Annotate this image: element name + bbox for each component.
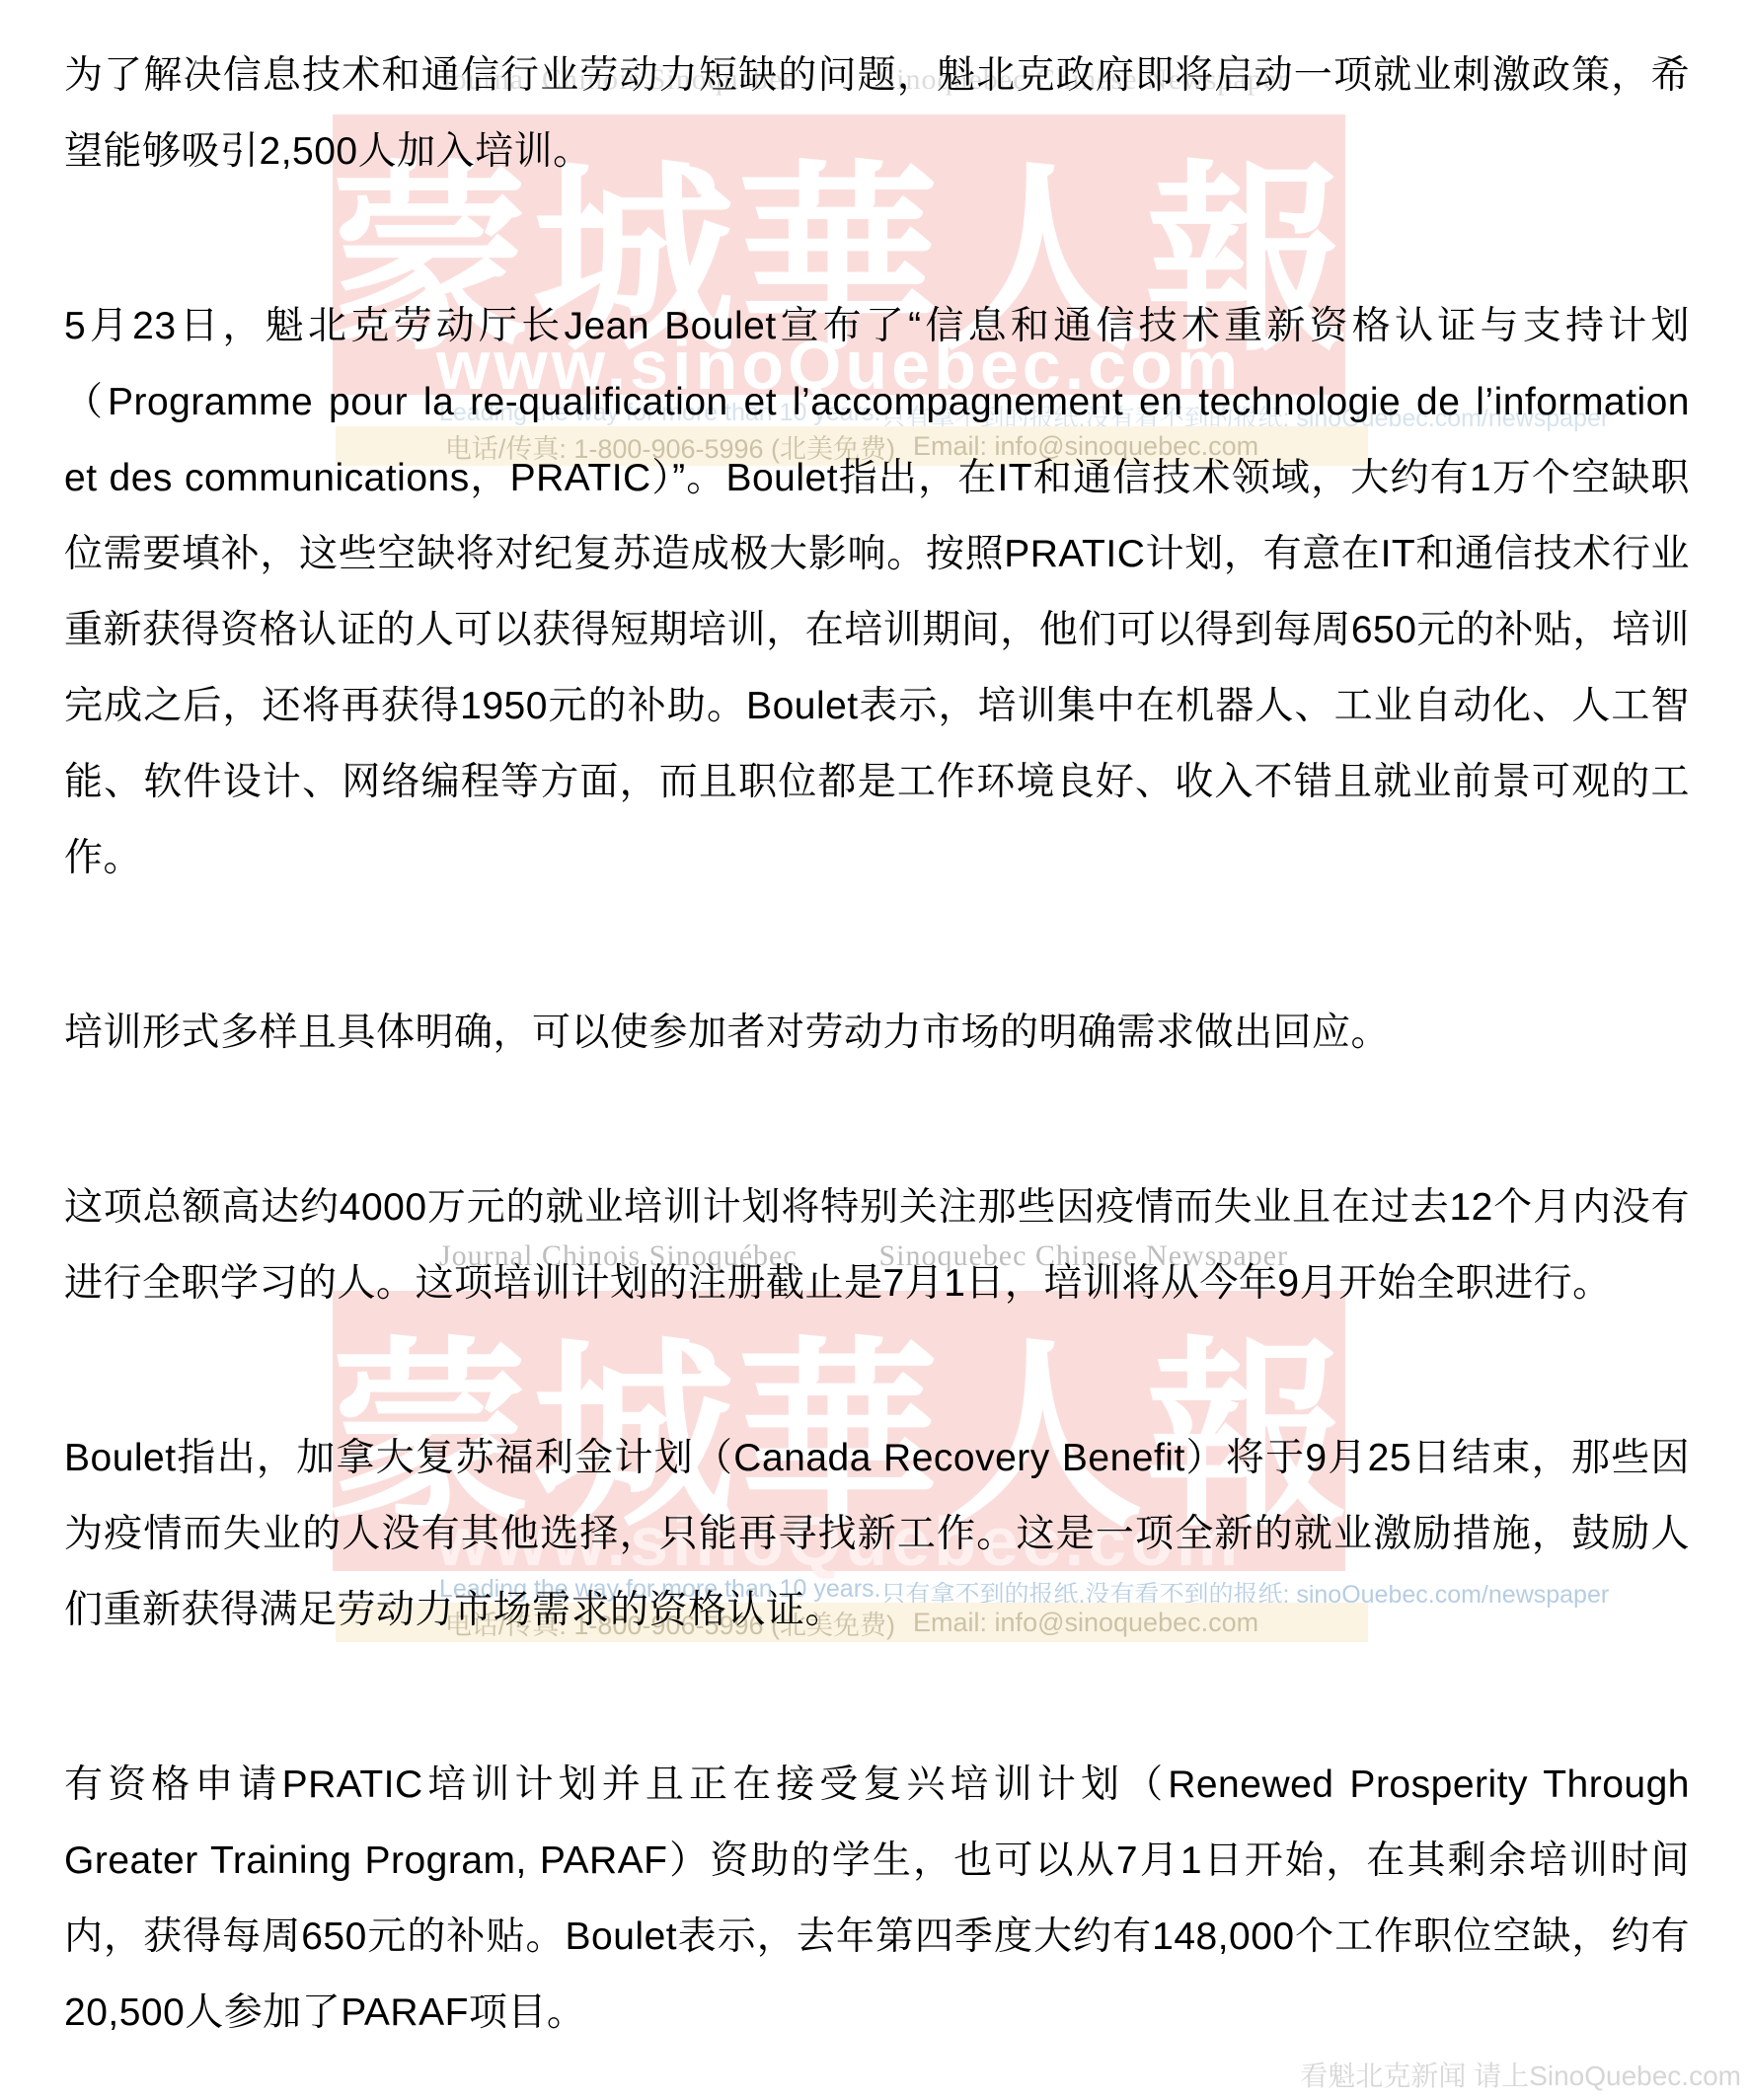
article-paragraph-paraf: 有资格申请PRATIC培训计划并且正在接受复兴培训计划（Renewed Pros… xyxy=(64,1747,1690,2051)
article-paragraph-intro: 为了解决信息技术和通信行业劳动力短缺的问题，魁北克政府即将启动一项就业刺激政策，… xyxy=(64,37,1690,189)
article-paragraph-budget: 这项总额高达约4000万元的就业培训计划将特别关注那些因疫情而失业且在过去12个… xyxy=(64,1169,1690,1321)
article-paragraph-crb: Boulet指出，加拿大复苏福利金计划（Canada Recovery Bene… xyxy=(64,1420,1690,1648)
article-paragraph-announcement: 5月23日，魁北克劳动厅长Jean Boulet宣布了“信息和通信技术重新资格认… xyxy=(64,288,1690,896)
article-body: 为了解决信息技术和通信行业劳动力短缺的问题，魁北克政府即将启动一项就业刺激政策，… xyxy=(0,0,1749,2051)
article-paragraph-training-forms: 培训形式多样且具体明确，可以使参加者对劳动力市场的明确需求做出回应。 xyxy=(64,995,1690,1071)
footer-note: 看魁北克新闻 请上SinoQuebec.com xyxy=(1300,2055,1741,2094)
news-article-page: Journal Chinois Sinoquébec Sinoquebec Ch… xyxy=(0,0,1749,2100)
